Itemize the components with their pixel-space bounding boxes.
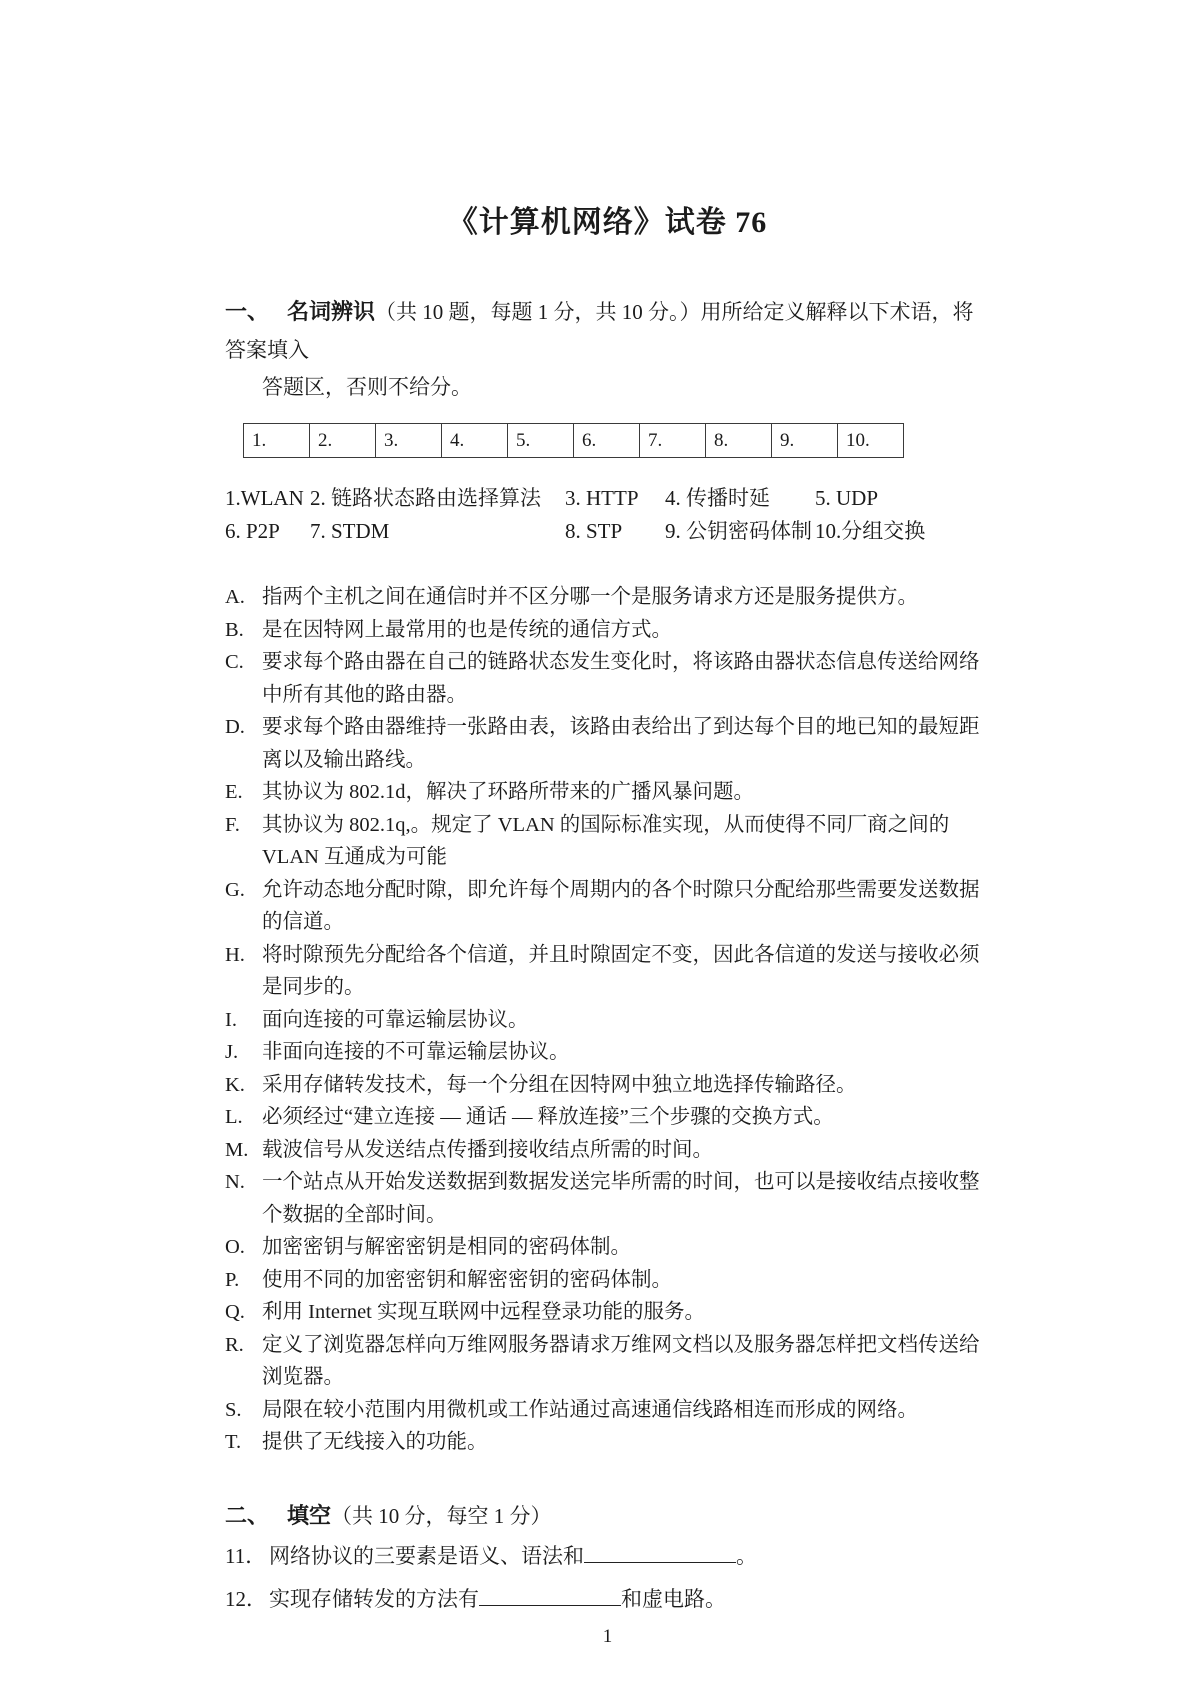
definition-item-n: N. 一个站点从开始发送数据到数据发送完毕所需的时间，也可以是接收结点接收整个数…: [225, 1166, 990, 1231]
definition-item-s: S. 局限在较小范围内用微机或工作站通过高速通信线路相连而形成的网络。: [225, 1394, 990, 1427]
answer-table: 1. 2. 3. 4. 5. 6. 7. 8. 9. 10.: [243, 423, 904, 458]
section2: 二、填空（共 10 分，每空 1 分） 11．网络协议的三要素是语义、语法和。 …: [225, 1497, 990, 1621]
definition-letter: M.: [225, 1134, 262, 1167]
answer-cell-1: 1.: [244, 424, 310, 458]
answer-cell-4: 4.: [442, 424, 508, 458]
definition-item-k: K. 采用存储转发技术，每一个分组在因特网中独立地选择传输路径。: [225, 1069, 990, 1102]
definition-item-c: C. 要求每个路由器在自己的链路状态发生变化时，将该路由器状态信息传送给网络中所…: [225, 646, 990, 711]
page-title: 《计算机网络》试卷 76: [225, 197, 990, 241]
definition-letter: B.: [225, 614, 262, 647]
answer-cell-6: 6.: [574, 424, 640, 458]
terms-list: 1.WLAN 2. 链路状态路由选择算法 3. HTTP 4. 传播时延 5. …: [225, 482, 990, 548]
definition-text: 其协议为 802.1d，解决了环路所带来的广播风暴问题。: [262, 776, 990, 809]
term-5: 5. UDP: [815, 482, 878, 515]
section1-heading-line2: 答题区，否则不给分。: [262, 369, 990, 405]
definition-text: 利用 Internet 实现互联网中远程登录功能的服务。: [262, 1296, 990, 1329]
definition-item-h: H. 将时隙预先分配给各个信道，并且时隙固定不变，因此各信道的发送与接收必须是同…: [225, 939, 990, 1004]
terms-row-2: 6. P2P 7. STDM 8. STP 9. 公钥密码体制 10.分组交换: [225, 515, 990, 548]
definition-letter: K.: [225, 1069, 262, 1102]
definition-text: 指两个主机之间在通信时并不区分哪一个是服务请求方还是服务提供方。: [262, 581, 990, 614]
term-2: 2. 链路状态路由选择算法: [310, 482, 565, 515]
definition-item-g: G. 允许动态地分配时隙，即允许每个周期内的各个时隙只分配给那些需要发送数据的信…: [225, 874, 990, 939]
definition-text: 非面向连接的不可靠运输层协议。: [262, 1036, 990, 1069]
term-7: 7. STDM: [310, 515, 565, 548]
definition-letter: T.: [225, 1426, 262, 1459]
page-number: 1: [225, 1626, 990, 1648]
term-9: 9. 公钥密码体制: [665, 515, 815, 548]
page-content: 《计算机网络》试卷 76 一、名词辨识（共 10 题，每题 1 分，共 10 分…: [225, 197, 990, 1648]
definition-item-p: P. 使用不同的加密密钥和解密密钥的密码体制。: [225, 1264, 990, 1297]
section1-number: 一、: [225, 293, 287, 331]
fill-blank-11: [584, 1541, 736, 1563]
fill-item-number: 12．: [225, 1578, 269, 1621]
definition-text: 面向连接的可靠运输层协议。: [262, 1004, 990, 1037]
definition-text: 载波信号从发送结点传播到接收结点所需的时间。: [262, 1134, 990, 1167]
definition-text: 要求每个路由器维持一张路由表，该路由表给出了到达每个目的地已知的最短距离以及输出…: [262, 711, 990, 776]
fill-item-number: 11．: [225, 1535, 269, 1578]
definition-text: 要求每个路由器在自己的链路状态发生变化时，将该路由器状态信息传送给网络中所有其他…: [262, 646, 990, 711]
exam-paper-page: 《计算机网络》试卷 76 一、名词辨识（共 10 题，每题 1 分，共 10 分…: [0, 0, 1190, 1683]
definition-letter: A.: [225, 581, 262, 614]
definition-item-f: F. 其协议为 802.1q,。规定了 VLAN 的国际标准实现，从而使得不同厂…: [225, 809, 990, 874]
definition-letter: O.: [225, 1231, 262, 1264]
term-4: 4. 传播时延: [665, 482, 815, 515]
terms-row-1: 1.WLAN 2. 链路状态路由选择算法 3. HTTP 4. 传播时延 5. …: [225, 482, 990, 515]
definition-letter: I.: [225, 1004, 262, 1037]
answer-cell-8: 8.: [706, 424, 772, 458]
fill-item-12: 12．实现存储转发的方法有和虚电路。: [225, 1578, 990, 1621]
fill-item-suffix: 和虚电路。: [621, 1587, 726, 1611]
definition-text: 允许动态地分配时隙，即允许每个周期内的各个时隙只分配给那些需要发送数据的信道。: [262, 874, 990, 939]
definition-text: 必须经过“建立连接 — 通话 — 释放连接”三个步骤的交换方式。: [262, 1101, 990, 1134]
definition-item-t: T. 提供了无线接入的功能。: [225, 1426, 990, 1459]
definition-item-q: Q. 利用 Internet 实现互联网中远程登录功能的服务。: [225, 1296, 990, 1329]
fill-item-11: 11．网络协议的三要素是语义、语法和。: [225, 1535, 990, 1578]
definition-text: 提供了无线接入的功能。: [262, 1426, 990, 1459]
definition-letter: H.: [225, 939, 262, 1004]
answer-cell-5: 5.: [508, 424, 574, 458]
definition-text: 是在因特网上最常用的也是传统的通信方式。: [262, 614, 990, 647]
definition-letter: J.: [225, 1036, 262, 1069]
definition-item-i: I. 面向连接的可靠运输层协议。: [225, 1004, 990, 1037]
term-10: 10.分组交换: [815, 515, 925, 548]
section2-number: 二、: [225, 1497, 287, 1535]
section1-title: 名词辨识: [287, 299, 375, 324]
definition-text: 采用存储转发技术，每一个分组在因特网中独立地选择传输路径。: [262, 1069, 990, 1102]
definition-letter: F.: [225, 809, 262, 874]
answer-cell-9: 9.: [772, 424, 838, 458]
definition-text: 一个站点从开始发送数据到数据发送完毕所需的时间，也可以是接收结点接收整个数据的全…: [262, 1166, 990, 1231]
fill-blank-12: [479, 1584, 621, 1606]
answer-cell-10: 10.: [838, 424, 904, 458]
section2-heading: 二、填空（共 10 分，每空 1 分）: [225, 1497, 990, 1535]
definition-text: 定义了浏览器怎样向万维网服务器请求万维网文档以及服务器怎样把文档传送给浏览器。: [262, 1329, 990, 1394]
definition-letter: Q.: [225, 1296, 262, 1329]
definition-letter: R.: [225, 1329, 262, 1394]
definition-letter: C.: [225, 646, 262, 711]
definition-letter: N.: [225, 1166, 262, 1231]
definition-text: 加密密钥与解密密钥是相同的密码体制。: [262, 1231, 990, 1264]
definition-letter: G.: [225, 874, 262, 939]
definition-text: 使用不同的加密密钥和解密密钥的密码体制。: [262, 1264, 990, 1297]
section2-heading-rest: （共 10 分，每空 1 分）: [331, 1504, 552, 1528]
section1-heading: 一、名词辨识（共 10 题，每题 1 分，共 10 分。）用所给定义解释以下术语…: [225, 293, 990, 369]
definition-letter: S.: [225, 1394, 262, 1427]
definition-letter: D.: [225, 711, 262, 776]
answer-cell-2: 2.: [310, 424, 376, 458]
definition-item-l: L. 必须经过“建立连接 — 通话 — 释放连接”三个步骤的交换方式。: [225, 1101, 990, 1134]
definition-text: 将时隙预先分配给各个信道，并且时隙固定不变，因此各信道的发送与接收必须是同步的。: [262, 939, 990, 1004]
definition-item-b: B. 是在因特网上最常用的也是传统的通信方式。: [225, 614, 990, 647]
definition-item-d: D. 要求每个路由器维持一张路由表，该路由表给出了到达每个目的地已知的最短距离以…: [225, 711, 990, 776]
definition-item-a: A. 指两个主机之间在通信时并不区分哪一个是服务请求方还是服务提供方。: [225, 581, 990, 614]
definition-letter: E.: [225, 776, 262, 809]
answer-cell-3: 3.: [376, 424, 442, 458]
definition-item-o: O. 加密密钥与解密密钥是相同的密码体制。: [225, 1231, 990, 1264]
term-8: 8. STP: [565, 515, 665, 548]
term-3: 3. HTTP: [565, 482, 665, 515]
definition-letter: L.: [225, 1101, 262, 1134]
term-1: 1.WLAN: [225, 482, 310, 515]
definition-item-e: E. 其协议为 802.1d，解决了环路所带来的广播风暴问题。: [225, 776, 990, 809]
answer-cell-7: 7.: [640, 424, 706, 458]
definitions-list: A. 指两个主机之间在通信时并不区分哪一个是服务请求方还是服务提供方。 B. 是…: [225, 581, 990, 1459]
term-6: 6. P2P: [225, 515, 310, 548]
definition-text: 其协议为 802.1q,。规定了 VLAN 的国际标准实现，从而使得不同厂商之间…: [262, 809, 990, 874]
section2-title: 填空: [287, 1503, 331, 1528]
definition-item-j: J. 非面向连接的不可靠运输层协议。: [225, 1036, 990, 1069]
fill-item-prefix: 网络协议的三要素是语义、语法和: [269, 1544, 584, 1568]
definition-item-m: M. 载波信号从发送结点传播到接收结点所需的时间。: [225, 1134, 990, 1167]
definition-letter: P.: [225, 1264, 262, 1297]
definition-text: 局限在较小范围内用微机或工作站通过高速通信线路相连而形成的网络。: [262, 1394, 990, 1427]
answer-table-row: 1. 2. 3. 4. 5. 6. 7. 8. 9. 10.: [244, 424, 904, 458]
fill-item-suffix: 。: [736, 1544, 757, 1568]
fill-item-prefix: 实现存储转发的方法有: [269, 1587, 479, 1611]
definition-item-r: R. 定义了浏览器怎样向万维网服务器请求万维网文档以及服务器怎样把文档传送给浏览…: [225, 1329, 990, 1394]
